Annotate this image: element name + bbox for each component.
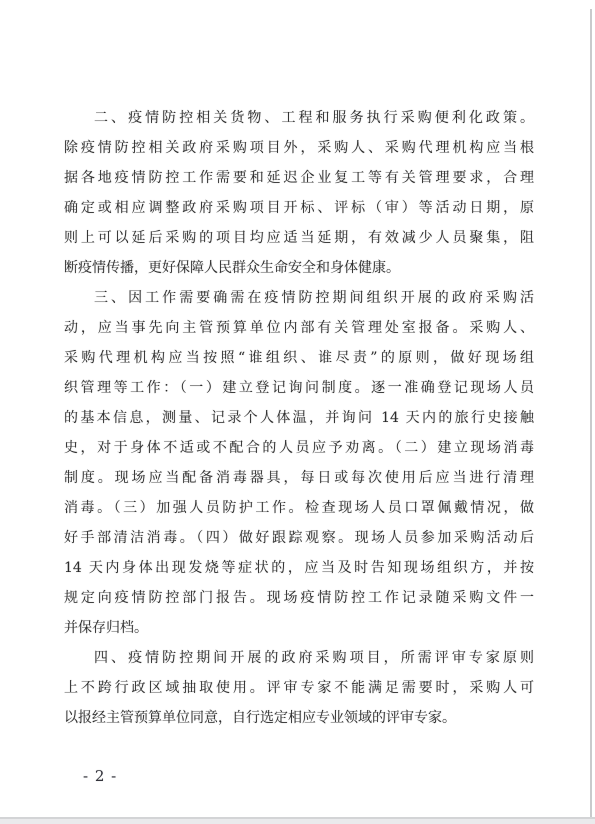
text-line: 好手部清洁消毒。（四）做好跟踪观察。现场人员参加采购活动后	[64, 523, 534, 553]
text-line: 则上可以延后采购的项目均应适当延期，有效减少人员聚集，阻	[64, 223, 534, 253]
text-line: 以报经主管预算单位同意，自行选定相应专业领域的评审专家。	[64, 703, 534, 733]
text-line: 二、疫情防控相关货物、工程和服务执行采购便利化政策。	[64, 103, 534, 133]
text-line: 并保存归档。	[64, 613, 534, 643]
scan-edge-right	[590, 9, 592, 819]
text-line: 断疫情传播，更好保障人民群众生命安全和身体健康。	[64, 253, 534, 283]
text-line: 据各地疫情防控工作需要和延迟企业复工等有关管理要求，合理	[64, 163, 534, 193]
page-number: - 2 -	[83, 765, 117, 787]
body-text: 二、疫情防控相关货物、工程和服务执行采购便利化政策。 除疫情防控相关政府采购项目…	[64, 103, 534, 733]
text-line: 上不跨行政区域抽取使用。评审专家不能满足需要时，采购人可	[64, 673, 534, 703]
document-page: 二、疫情防控相关货物、工程和服务执行采购便利化政策。 除疫情防控相关政府采购项目…	[0, 0, 595, 824]
text-line: 三、因工作需要确需在疫情防控期间组织开展的政府采购活	[64, 283, 534, 313]
text-line: 采购代理机构应当按照“谁组织、谁尽责”的原则，做好现场组	[64, 343, 534, 373]
text-line: 制度。现场应当配备消毒器具，每日或每次使用后应当进行清理	[64, 463, 534, 493]
text-line: 四、疫情防控期间开展的政府采购项目，所需评审专家原则	[64, 643, 534, 673]
text-line: 规定向疫情防控部门报告。现场疫情防控工作记录随采购文件一	[64, 583, 534, 613]
text-line: 确定或相应调整政府采购项目开标、评标（审）等活动日期，原	[64, 193, 534, 223]
text-line: 史，对于身体不适或不配合的人员应予劝离。（二）建立现场消毒	[64, 433, 534, 463]
text-line: 除疫情防控相关政府采购项目外，采购人、采购代理机构应当根	[64, 133, 534, 163]
text-line: 消毒。（三）加强人员防护工作。检查现场人员口罩佩戴情况，做	[64, 493, 534, 523]
scan-edge-bottom-strip	[0, 819, 595, 824]
text-line: 动，应当事先向主管预算单位内部有关管理处室报备。采购人、	[64, 313, 534, 343]
text-line: 的基本信息，测量、记录个人体温，并询问 14 天内的旅行史接触	[64, 403, 534, 433]
text-line: 织管理等工作：（一）建立登记询问制度。逐一准确登记现场人员	[64, 373, 534, 403]
text-line: 14 天内身体出现发烧等症状的，应当及时告知现场组织方，并按	[64, 553, 534, 583]
